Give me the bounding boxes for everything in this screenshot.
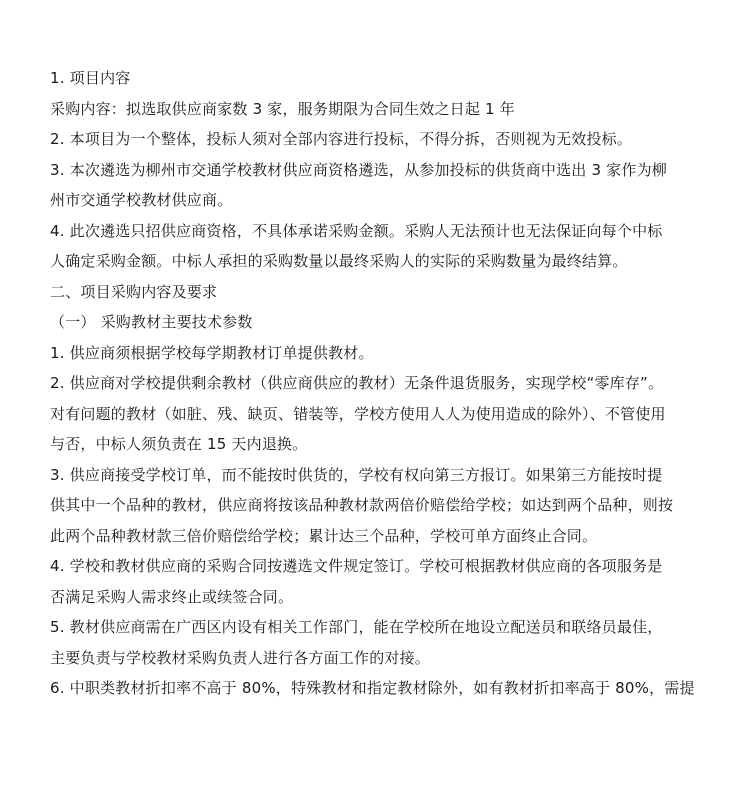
requirement-item-4-line-1: 4. 学校和教材供应商的采购合同按遴选文件规定签订。学校可根据教材供应商的各项服… xyxy=(50,554,710,585)
requirement-item-6-line-1: 6. 中职类教材折扣率不高于 80%，特殊教材和指定教材除外，如有教材折扣率高于… xyxy=(50,676,710,707)
section-heading-project-content: 1. 项目内容 xyxy=(50,66,710,97)
requirement-item-2-line-1: 2. 供应商对学校提供剩余教材（供应商供应的教材）无条件退货服务，实现学校“零库… xyxy=(50,371,710,402)
requirement-item-5-line-2: 主要负责与学校教材采购负责人进行各方面工作的对接。 xyxy=(50,646,710,677)
paragraph-item-3-line-1: 3. 本次遴选为柳州市交通学校教材供应商资格遴选，从参加投标的供货商中选出 3 … xyxy=(50,158,710,189)
requirement-item-2-line-2: 对有问题的教材（如脏、残、缺页、错装等，学校方使用人人为使用造成的除外）、不管使… xyxy=(50,402,710,433)
paragraph-item-4-line-2: 人确定采购金额。中标人承担的采购数量以最终采购人的实际的采购数量为最终结算。 xyxy=(50,249,710,280)
requirement-item-2-line-3: 与否，中标人须负责在 15 天内退换。 xyxy=(50,432,710,463)
requirement-item-5-line-1: 5. 教材供应商需在广西区内设有相关工作部门，能在学校所在地设立配送员和联络员最… xyxy=(50,615,710,646)
requirement-item-3-line-1: 3. 供应商接受学校订单，而不能按时供货的，学校有权向第三方报订。如果第三方能按… xyxy=(50,463,710,494)
paragraph-procurement-content: 采购内容：拟选取供应商家数 3 家，服务期限为合同生效之日起 1 年 xyxy=(50,97,710,128)
paragraph-item-4-line-1: 4. 此次遴选只招供应商资格，不具体承诺采购金额。采购人无法预计也无法保证向每个… xyxy=(50,219,710,250)
requirement-item-1: 1. 供应商须根据学校每学期教材订单提供教材。 xyxy=(50,341,710,372)
requirement-item-3-line-2: 供其中一个品种的教材，供应商将按该品种教材款两倍价赔偿给学校；如达到两个品种，则… xyxy=(50,493,710,524)
document-body: 1. 项目内容 采购内容：拟选取供应商家数 3 家，服务期限为合同生效之日起 1… xyxy=(50,66,710,707)
paragraph-item-3-line-2: 州市交通学校教材供应商。 xyxy=(50,188,710,219)
subsection-heading-technical-params: （一） 采购教材主要技术参数 xyxy=(50,310,710,341)
requirement-item-4-line-2: 否满足采购人需求终止或续签合同。 xyxy=(50,585,710,616)
requirement-item-3-line-3: 此两个品种教材款三倍价赔偿给学校；累计达三个品种，学校可单方面终止合同。 xyxy=(50,524,710,555)
section-heading-requirements: 二、项目采购内容及要求 xyxy=(50,280,710,311)
paragraph-item-2: 2. 本项目为一个整体，投标人须对全部内容进行投标，不得分拆，否则视为无效投标。 xyxy=(50,127,710,158)
